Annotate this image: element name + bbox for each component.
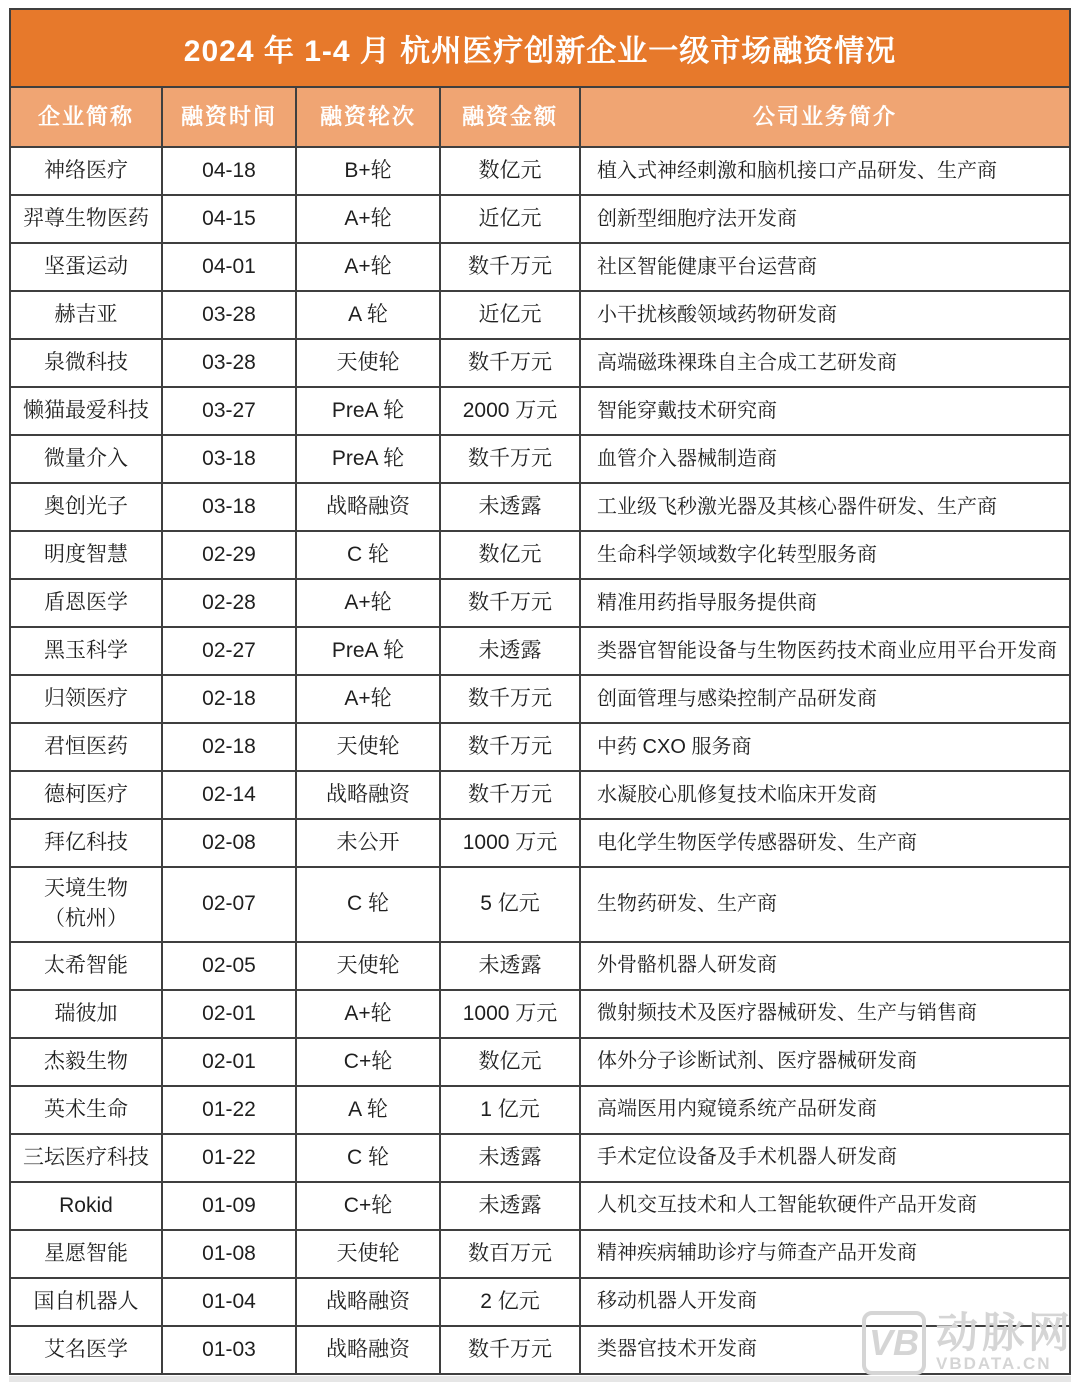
company-name-cell: 盾恩医学 [11, 580, 161, 626]
funding-date-cell: 02-18 [161, 676, 295, 722]
funding-date-cell: 01-09 [161, 1183, 295, 1229]
funding-amount-cell: 数千万元 [439, 724, 579, 770]
business-desc-cell: 高端医用内窥镜系统产品研发商 [579, 1087, 1069, 1133]
funding-amount-cell: 1 亿元 [439, 1087, 579, 1133]
funding-round-cell: A 轮 [295, 292, 439, 338]
funding-round-cell: C 轮 [295, 532, 439, 578]
company-name-cell: 英术生命 [11, 1087, 161, 1133]
funding-amount-cell: 未透露 [439, 484, 579, 530]
funding-amount-cell: 2 亿元 [439, 1279, 579, 1325]
company-name-cell: 微量介入 [11, 436, 161, 482]
funding-amount-cell: 近亿元 [439, 292, 579, 338]
funding-date-cell: 01-03 [161, 1327, 295, 1373]
funding-date-cell: 03-18 [161, 484, 295, 530]
company-name-cell: 德柯医疗 [11, 772, 161, 818]
business-desc-cell: 精准用药指导服务提供商 [579, 580, 1069, 626]
company-name-cell: 明度智慧 [11, 532, 161, 578]
funding-amount-cell: 未透露 [439, 628, 579, 674]
table-row: 拜亿科技 02-08 未公开 1000 万元 电化学生物医学传感器研发、生产商 [11, 818, 1069, 866]
funding-round-cell: B+轮 [295, 148, 439, 194]
business-desc-cell: 血管介入器械制造商 [579, 436, 1069, 482]
business-desc-cell: 创面管理与感染控制产品研发商 [579, 676, 1069, 722]
company-name-cell: 羿尊生物医药 [11, 196, 161, 242]
table-header-row: 企业简称 融资时间 融资轮次 融资金额 公司业务简介 [11, 86, 1069, 146]
funding-amount-cell: 数千万元 [439, 1327, 579, 1373]
funding-date-cell: 03-28 [161, 340, 295, 386]
company-name-cell: 泉微科技 [11, 340, 161, 386]
table-row: 太希智能 02-05 天使轮 未透露 外骨骼机器人研发商 [11, 941, 1069, 989]
table-row: 归领医疗 02-18 A+轮 数千万元 创面管理与感染控制产品研发商 [11, 674, 1069, 722]
business-desc-cell: 外骨骼机器人研发商 [579, 943, 1069, 989]
business-desc-cell: 类器官智能设备与生物医药技术商业应用平台开发商 [579, 628, 1069, 674]
funding-date-cell: 02-27 [161, 628, 295, 674]
business-desc-cell: 生物药研发、生产商 [579, 868, 1069, 941]
business-desc-cell: 人机交互技术和人工智能软硬件产品开发商 [579, 1183, 1069, 1229]
company-name-cell: 艾名医学 [11, 1327, 161, 1373]
funding-round-cell: C 轮 [295, 1135, 439, 1181]
funding-round-cell: C 轮 [295, 868, 439, 941]
funding-amount-cell: 数百万元 [439, 1231, 579, 1277]
funding-date-cell: 02-07 [161, 868, 295, 941]
funding-date-cell: 01-22 [161, 1087, 295, 1133]
company-name-cell: 赫吉亚 [11, 292, 161, 338]
funding-round-cell: 战略融资 [295, 1327, 439, 1373]
table-row: 明度智慧 02-29 C 轮 数亿元 生命科学领域数字化转型服务商 [11, 530, 1069, 578]
funding-round-cell: A+轮 [295, 244, 439, 290]
table-row: 天境生物 （杭州） 02-07 C 轮 5 亿元 生物药研发、生产商 [11, 866, 1069, 941]
funding-amount-cell: 数千万元 [439, 436, 579, 482]
funding-date-cell: 01-08 [161, 1231, 295, 1277]
company-name-cell: 懒猫最爱科技 [11, 388, 161, 434]
company-name-cell: 君恒医药 [11, 724, 161, 770]
table-row: 羿尊生物医药 04-15 A+轮 近亿元 创新型细胞疗法开发商 [11, 194, 1069, 242]
funding-date-cell: 02-01 [161, 1039, 295, 1085]
funding-round-cell: 战略融资 [295, 772, 439, 818]
funding-amount-cell: 1000 万元 [439, 820, 579, 866]
company-name-cell: Rokid [11, 1183, 161, 1229]
funding-date-cell: 03-27 [161, 388, 295, 434]
funding-date-cell: 01-22 [161, 1135, 295, 1181]
funding-date-cell: 04-18 [161, 148, 295, 194]
table-row: Rokid 01-09 C+轮 未透露 人机交互技术和人工智能软硬件产品开发商 [11, 1181, 1069, 1229]
table-row: 国自机器人 01-04 战略融资 2 亿元 移动机器人开发商 [11, 1277, 1069, 1325]
business-desc-cell: 生命科学领域数字化转型服务商 [579, 532, 1069, 578]
table-row: 德柯医疗 02-14 战略融资 数千万元 水凝胶心肌修复技术临床开发商 [11, 770, 1069, 818]
funding-round-cell: A+轮 [295, 991, 439, 1037]
funding-round-cell: PreA 轮 [295, 628, 439, 674]
company-name-cell: 三坛医疗科技 [11, 1135, 161, 1181]
table-row: 艾名医学 01-03 战略融资 数千万元 类器官技术开发商 [11, 1325, 1069, 1373]
table-row: 神络医疗 04-18 B+轮 数亿元 植入式神经刺激和脑机接口产品研发、生产商 [11, 146, 1069, 194]
business-desc-cell: 体外分子诊断试剂、医疗器械研发商 [579, 1039, 1069, 1085]
funding-amount-cell: 数亿元 [439, 1039, 579, 1085]
table-row: 瑞彼加 02-01 A+轮 1000 万元 微射频技术及医疗器械研发、生产与销售… [11, 989, 1069, 1037]
funding-date-cell: 02-01 [161, 991, 295, 1037]
funding-date-cell: 02-05 [161, 943, 295, 989]
funding-round-cell: A+轮 [295, 196, 439, 242]
funding-round-cell: A 轮 [295, 1087, 439, 1133]
funding-round-cell: PreA 轮 [295, 388, 439, 434]
company-name-cell: 神络医疗 [11, 148, 161, 194]
company-name-cell: 拜亿科技 [11, 820, 161, 866]
business-desc-cell: 工业级飞秒激光器及其核心器件研发、生产商 [579, 484, 1069, 530]
company-name-cell: 星愿智能 [11, 1231, 161, 1277]
table-row: 星愿智能 01-08 天使轮 数百万元 精神疾病辅助诊疗与筛查产品开发商 [11, 1229, 1069, 1277]
table-row: 赫吉亚 03-28 A 轮 近亿元 小干扰核酸领域药物研发商 [11, 290, 1069, 338]
funding-amount-cell: 2000 万元 [439, 388, 579, 434]
table-body: 神络医疗 04-18 B+轮 数亿元 植入式神经刺激和脑机接口产品研发、生产商 … [11, 146, 1069, 1373]
funding-date-cell: 02-28 [161, 580, 295, 626]
funding-date-cell: 02-14 [161, 772, 295, 818]
table-row: 君恒医药 02-18 天使轮 数千万元 中药 CXO 服务商 [11, 722, 1069, 770]
table-title: 2024 年 1-4 月 杭州医疗创新企业一级市场融资情况 [11, 10, 1069, 86]
funding-amount-cell: 数千万元 [439, 340, 579, 386]
table-row: 奥创光子 03-18 战略融资 未透露 工业级飞秒激光器及其核心器件研发、生产商 [11, 482, 1069, 530]
table-row: 微量介入 03-18 PreA 轮 数千万元 血管介入器械制造商 [11, 434, 1069, 482]
funding-date-cell: 02-29 [161, 532, 295, 578]
business-desc-cell: 中药 CXO 服务商 [579, 724, 1069, 770]
business-desc-cell: 电化学生物医学传感器研发、生产商 [579, 820, 1069, 866]
funding-table: 2024 年 1-4 月 杭州医疗创新企业一级市场融资情况 企业简称 融资时间 … [9, 8, 1071, 1375]
funding-amount-cell: 数千万元 [439, 676, 579, 722]
funding-amount-cell: 未透露 [439, 943, 579, 989]
table-row: 英术生命 01-22 A 轮 1 亿元 高端医用内窥镜系统产品研发商 [11, 1085, 1069, 1133]
funding-amount-cell: 未透露 [439, 1183, 579, 1229]
funding-amount-cell: 近亿元 [439, 196, 579, 242]
company-name-cell: 太希智能 [11, 943, 161, 989]
header-amount: 融资金额 [439, 88, 579, 146]
company-name-cell: 归领医疗 [11, 676, 161, 722]
company-name-cell: 国自机器人 [11, 1279, 161, 1325]
funding-round-cell: C+轮 [295, 1039, 439, 1085]
business-desc-cell: 社区智能健康平台运营商 [579, 244, 1069, 290]
header-date: 融资时间 [161, 88, 295, 146]
table-row: 黑玉科学 02-27 PreA 轮 未透露 类器官智能设备与生物医药技术商业应用… [11, 626, 1069, 674]
funding-amount-cell: 数千万元 [439, 580, 579, 626]
business-desc-cell: 创新型细胞疗法开发商 [579, 196, 1069, 242]
funding-round-cell: 天使轮 [295, 724, 439, 770]
funding-round-cell: C+轮 [295, 1183, 439, 1229]
company-name-cell: 杰毅生物 [11, 1039, 161, 1085]
funding-round-cell: 天使轮 [295, 1231, 439, 1277]
funding-round-cell: 战略融资 [295, 1279, 439, 1325]
funding-amount-cell: 未透露 [439, 1135, 579, 1181]
funding-date-cell: 01-04 [161, 1279, 295, 1325]
funding-amount-cell: 数千万元 [439, 244, 579, 290]
funding-amount-cell: 数亿元 [439, 148, 579, 194]
company-name-cell: 坚蛋运动 [11, 244, 161, 290]
table-row: 盾恩医学 02-28 A+轮 数千万元 精准用药指导服务提供商 [11, 578, 1069, 626]
funding-date-cell: 02-08 [161, 820, 295, 866]
table-row: 杰毅生物 02-01 C+轮 数亿元 体外分子诊断试剂、医疗器械研发商 [11, 1037, 1069, 1085]
business-desc-cell: 高端磁珠裸珠自主合成工艺研发商 [579, 340, 1069, 386]
funding-date-cell: 03-18 [161, 436, 295, 482]
company-name-cell: 黑玉科学 [11, 628, 161, 674]
business-desc-cell: 类器官技术开发商 [579, 1327, 1069, 1373]
funding-round-cell: 未公开 [295, 820, 439, 866]
business-desc-cell: 移动机器人开发商 [579, 1279, 1069, 1325]
funding-amount-cell: 数千万元 [439, 772, 579, 818]
funding-round-cell: PreA 轮 [295, 436, 439, 482]
business-desc-cell: 水凝胶心肌修复技术临床开发商 [579, 772, 1069, 818]
business-desc-cell: 手术定位设备及手术机器人研发商 [579, 1135, 1069, 1181]
business-desc-cell: 智能穿戴技术研究商 [579, 388, 1069, 434]
cut-off-next-row [9, 1376, 1071, 1382]
funding-amount-cell: 5 亿元 [439, 868, 579, 941]
company-name-cell: 瑞彼加 [11, 991, 161, 1037]
table-row: 坚蛋运动 04-01 A+轮 数千万元 社区智能健康平台运营商 [11, 242, 1069, 290]
funding-date-cell: 04-01 [161, 244, 295, 290]
funding-amount-cell: 数亿元 [439, 532, 579, 578]
company-name-cell: 奥创光子 [11, 484, 161, 530]
funding-round-cell: A+轮 [295, 580, 439, 626]
funding-date-cell: 02-18 [161, 724, 295, 770]
funding-amount-cell: 1000 万元 [439, 991, 579, 1037]
funding-round-cell: 战略融资 [295, 484, 439, 530]
funding-round-cell: 天使轮 [295, 943, 439, 989]
funding-date-cell: 04-15 [161, 196, 295, 242]
header-business: 公司业务简介 [579, 88, 1069, 146]
business-desc-cell: 小干扰核酸领域药物研发商 [579, 292, 1069, 338]
funding-date-cell: 03-28 [161, 292, 295, 338]
header-company: 企业简称 [11, 88, 161, 146]
business-desc-cell: 精神疾病辅助诊疗与筛查产品开发商 [579, 1231, 1069, 1277]
table-row: 懒猫最爱科技 03-27 PreA 轮 2000 万元 智能穿戴技术研究商 [11, 386, 1069, 434]
page: 2024 年 1-4 月 杭州医疗创新企业一级市场融资情况 企业简称 融资时间 … [0, 0, 1080, 1387]
funding-round-cell: A+轮 [295, 676, 439, 722]
funding-round-cell: 天使轮 [295, 340, 439, 386]
header-round: 融资轮次 [295, 88, 439, 146]
business-desc-cell: 微射频技术及医疗器械研发、生产与销售商 [579, 991, 1069, 1037]
company-name-cell: 天境生物 （杭州） [11, 868, 161, 941]
business-desc-cell: 植入式神经刺激和脑机接口产品研发、生产商 [579, 148, 1069, 194]
table-row: 三坛医疗科技 01-22 C 轮 未透露 手术定位设备及手术机器人研发商 [11, 1133, 1069, 1181]
table-row: 泉微科技 03-28 天使轮 数千万元 高端磁珠裸珠自主合成工艺研发商 [11, 338, 1069, 386]
